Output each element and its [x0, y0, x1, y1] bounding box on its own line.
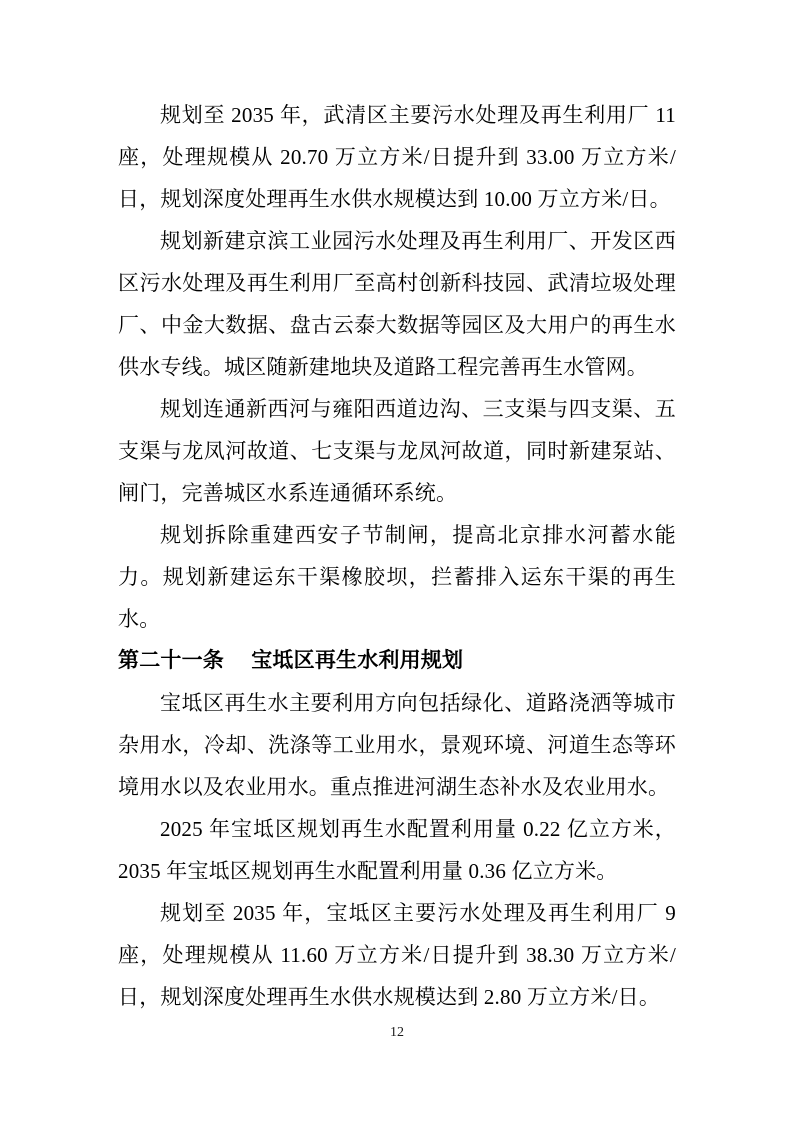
section-heading-article-21: 第二十一条 宝坻区再生水利用规划 — [118, 640, 676, 682]
paragraph-baodi-allocation-volumes: 2025 年宝坻区规划再生水配置利用量 0.22 亿立方米，2035 年宝坻区规… — [118, 808, 676, 892]
paragraph-baodi-plants-2035: 规划至 2035 年，宝坻区主要污水处理及再生利用厂 9 座，处理规模从 11.… — [118, 892, 676, 1018]
paragraph-wuqing-sluice-rebuild: 规划拆除重建西安子节制闸，提高北京排水河蓄水能力。规划新建运东干渠橡胶坝，拦蓄排… — [118, 514, 676, 640]
page-number: 12 — [0, 1024, 794, 1042]
paragraph-baodi-usage-directions: 宝坻区再生水主要利用方向包括绿化、道路浇洒等城市杂用水，冷却、洗涤等工业用水，景… — [118, 682, 676, 808]
paragraph-wuqing-plants-2035: 规划至 2035 年，武清区主要污水处理及再生利用厂 11 座，处理规模从 20… — [118, 94, 676, 220]
document-content: 规划至 2035 年，武清区主要污水处理及再生利用厂 11 座，处理规模从 20… — [118, 94, 676, 1018]
paragraph-wuqing-channel-connections: 规划连通新西河与雍阳西道边沟、三支渠与四支渠、五支渠与龙凤河故道、七支渠与龙凤河… — [118, 388, 676, 514]
paragraph-wuqing-supply-lines: 规划新建京滨工业园污水处理及再生利用厂、开发区西区污水处理及再生利用厂至高村创新… — [118, 220, 676, 388]
document-page: 规划至 2035 年，武清区主要污水处理及再生利用厂 11 座，处理规模从 20… — [0, 0, 794, 1123]
